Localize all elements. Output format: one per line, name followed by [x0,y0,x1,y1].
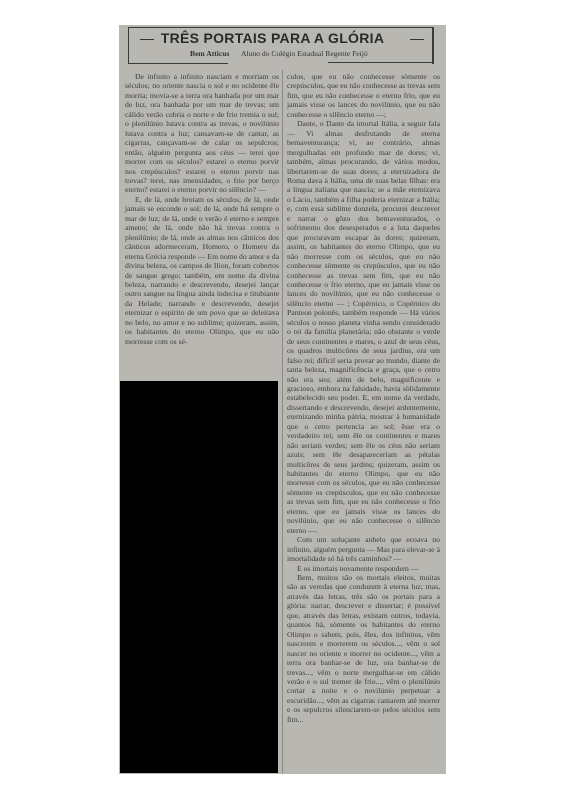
paragraph: E os imortais novamente respondem — [287,564,440,573]
left-column: De infinito a infinito nasciam e morriam… [125,72,279,346]
author-name: Bem Atticus [190,49,229,58]
header-rule-bottom-right [328,62,432,63]
header-rule-right [432,27,434,64]
column-divider [282,70,283,773]
byline: Bem Atticus Aluno do Colégio Estadual Re… [190,49,420,58]
header-rule-left [128,27,129,64]
paragraph: culos, que eu não conhecesse sòmente os … [287,72,440,119]
redaction-block [120,381,278,773]
article-title: TRÊS PORTAIS PARA A GLÓRIA [160,30,385,46]
paragraph: E, de lá, onde brotam os séculos; de lá,… [125,195,279,346]
paragraph: Bem, muitos são os mortais eleitos, muit… [287,573,440,724]
paragraph: Com um soluçante anhelo que ecoava no in… [287,535,440,563]
header-rule-top [128,27,433,28]
title-dash-left [140,39,154,40]
header-rule-bottom-left [128,63,228,64]
title-dash-right [410,39,424,40]
paragraph: Dante, o Dante da imortal Itália, a segu… [287,119,440,535]
paragraph: De infinito a infinito nasciam e morriam… [125,72,279,195]
author-affiliation: Aluno do Colégio Estadual Regente Feijó [241,49,368,58]
right-column: culos, que eu não conhecesse sòmente os … [287,72,440,724]
